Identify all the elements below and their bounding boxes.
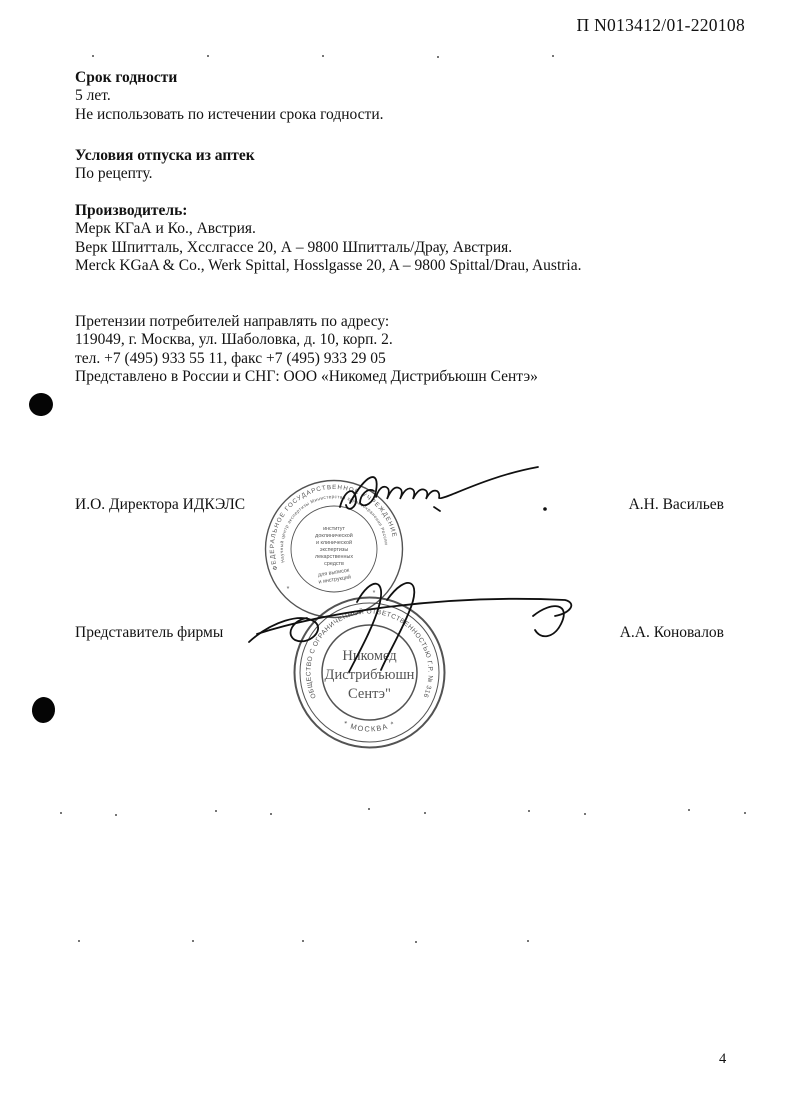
- stamp-center-line: и клинической: [316, 539, 352, 546]
- scan-speck: [60, 812, 62, 814]
- scan-speck: [552, 55, 554, 57]
- scan-speck: [424, 812, 426, 814]
- scan-speck: [302, 940, 304, 942]
- scan-speck: [78, 940, 80, 942]
- representative-name: А.А. Коновалов: [620, 624, 724, 642]
- stamp-bottom-ring-text: * МОСКВА *: [342, 719, 397, 734]
- page-number: 4: [719, 1051, 726, 1068]
- section-claims: Претензии потребителей направлять по адр…: [75, 313, 538, 386]
- scan-speck: [92, 55, 94, 57]
- shelf-life-line: Не использовать по истечении срока годно…: [75, 106, 384, 124]
- director-role-label: И.О. Директора ИДКЭЛС: [75, 496, 245, 514]
- scan-speck: [322, 55, 324, 57]
- scan-speck: [215, 810, 217, 812]
- dispensing-line: По рецепту.: [75, 165, 255, 183]
- stamp-center-line: средств: [324, 561, 344, 567]
- section-dispensing: Условия отпуска из аптек По рецепту.: [75, 147, 255, 184]
- manufacturer-heading: Производитель:: [75, 202, 582, 220]
- registration-number: П N013412/01-220108: [576, 15, 745, 36]
- hole-punch-mark: [28, 391, 55, 417]
- representative-role-label: Представитель фирмы: [75, 624, 223, 642]
- shelf-life-heading: Срок годности: [75, 69, 384, 87]
- scan-speck: [528, 810, 530, 812]
- claims-line: тел. +7 (495) 933 55 11, факс +7 (495) 9…: [75, 350, 538, 368]
- manufacturer-line: Мерк КГаА и Ко., Австрия.: [75, 220, 582, 238]
- claims-line: 119049, г. Москва, ул. Шаболовка, д. 10,…: [75, 331, 538, 349]
- scan-speck: [192, 940, 194, 942]
- claims-line: Претензии потребителей направлять по адр…: [75, 313, 538, 331]
- scan-speck: [527, 940, 529, 942]
- svg-text:* МОСКВА *: * МОСКВА *: [342, 719, 397, 734]
- hole-punch-mark: [31, 696, 57, 724]
- stamp-center-line: экспертизы: [320, 547, 349, 553]
- manufacturer-line: Верк Шпитталь, Хсслгассе 20, А – 9800 Шп…: [75, 239, 582, 257]
- scan-speck: [115, 814, 117, 816]
- shelf-life-line: 5 лет.: [75, 87, 384, 105]
- scan-speck: [744, 812, 746, 814]
- director-signature: [318, 455, 558, 527]
- section-shelf-life: Срок годности 5 лет. Не использовать по …: [75, 69, 384, 124]
- scan-speck: [584, 813, 586, 815]
- representative-signature: [235, 570, 595, 678]
- stamp-center-line: доклинической: [315, 532, 353, 539]
- scanned-document-page: П N013412/01-220108 Срок годности 5 лет.…: [0, 0, 800, 1114]
- director-name: А.Н. Васильев: [629, 496, 724, 514]
- scan-speck: [437, 56, 439, 58]
- dispensing-heading: Условия отпуска из аптек: [75, 147, 255, 165]
- stamp-center-line: Сентэ": [348, 686, 391, 702]
- scan-speck: [368, 808, 370, 810]
- manufacturer-line: Merck KGaA & Co., Werk Spittal, Hosslgas…: [75, 257, 582, 275]
- section-manufacturer: Производитель: Мерк КГаА и Ко., Австрия.…: [75, 202, 582, 275]
- stamp-center-line: лекарственных: [315, 554, 353, 560]
- scan-speck: [207, 55, 209, 57]
- claims-line: Представлено в России и СНГ: ООО «Никоме…: [75, 368, 538, 386]
- scan-speck: [415, 941, 417, 943]
- scan-speck: [270, 813, 272, 815]
- scan-speck: [688, 809, 690, 811]
